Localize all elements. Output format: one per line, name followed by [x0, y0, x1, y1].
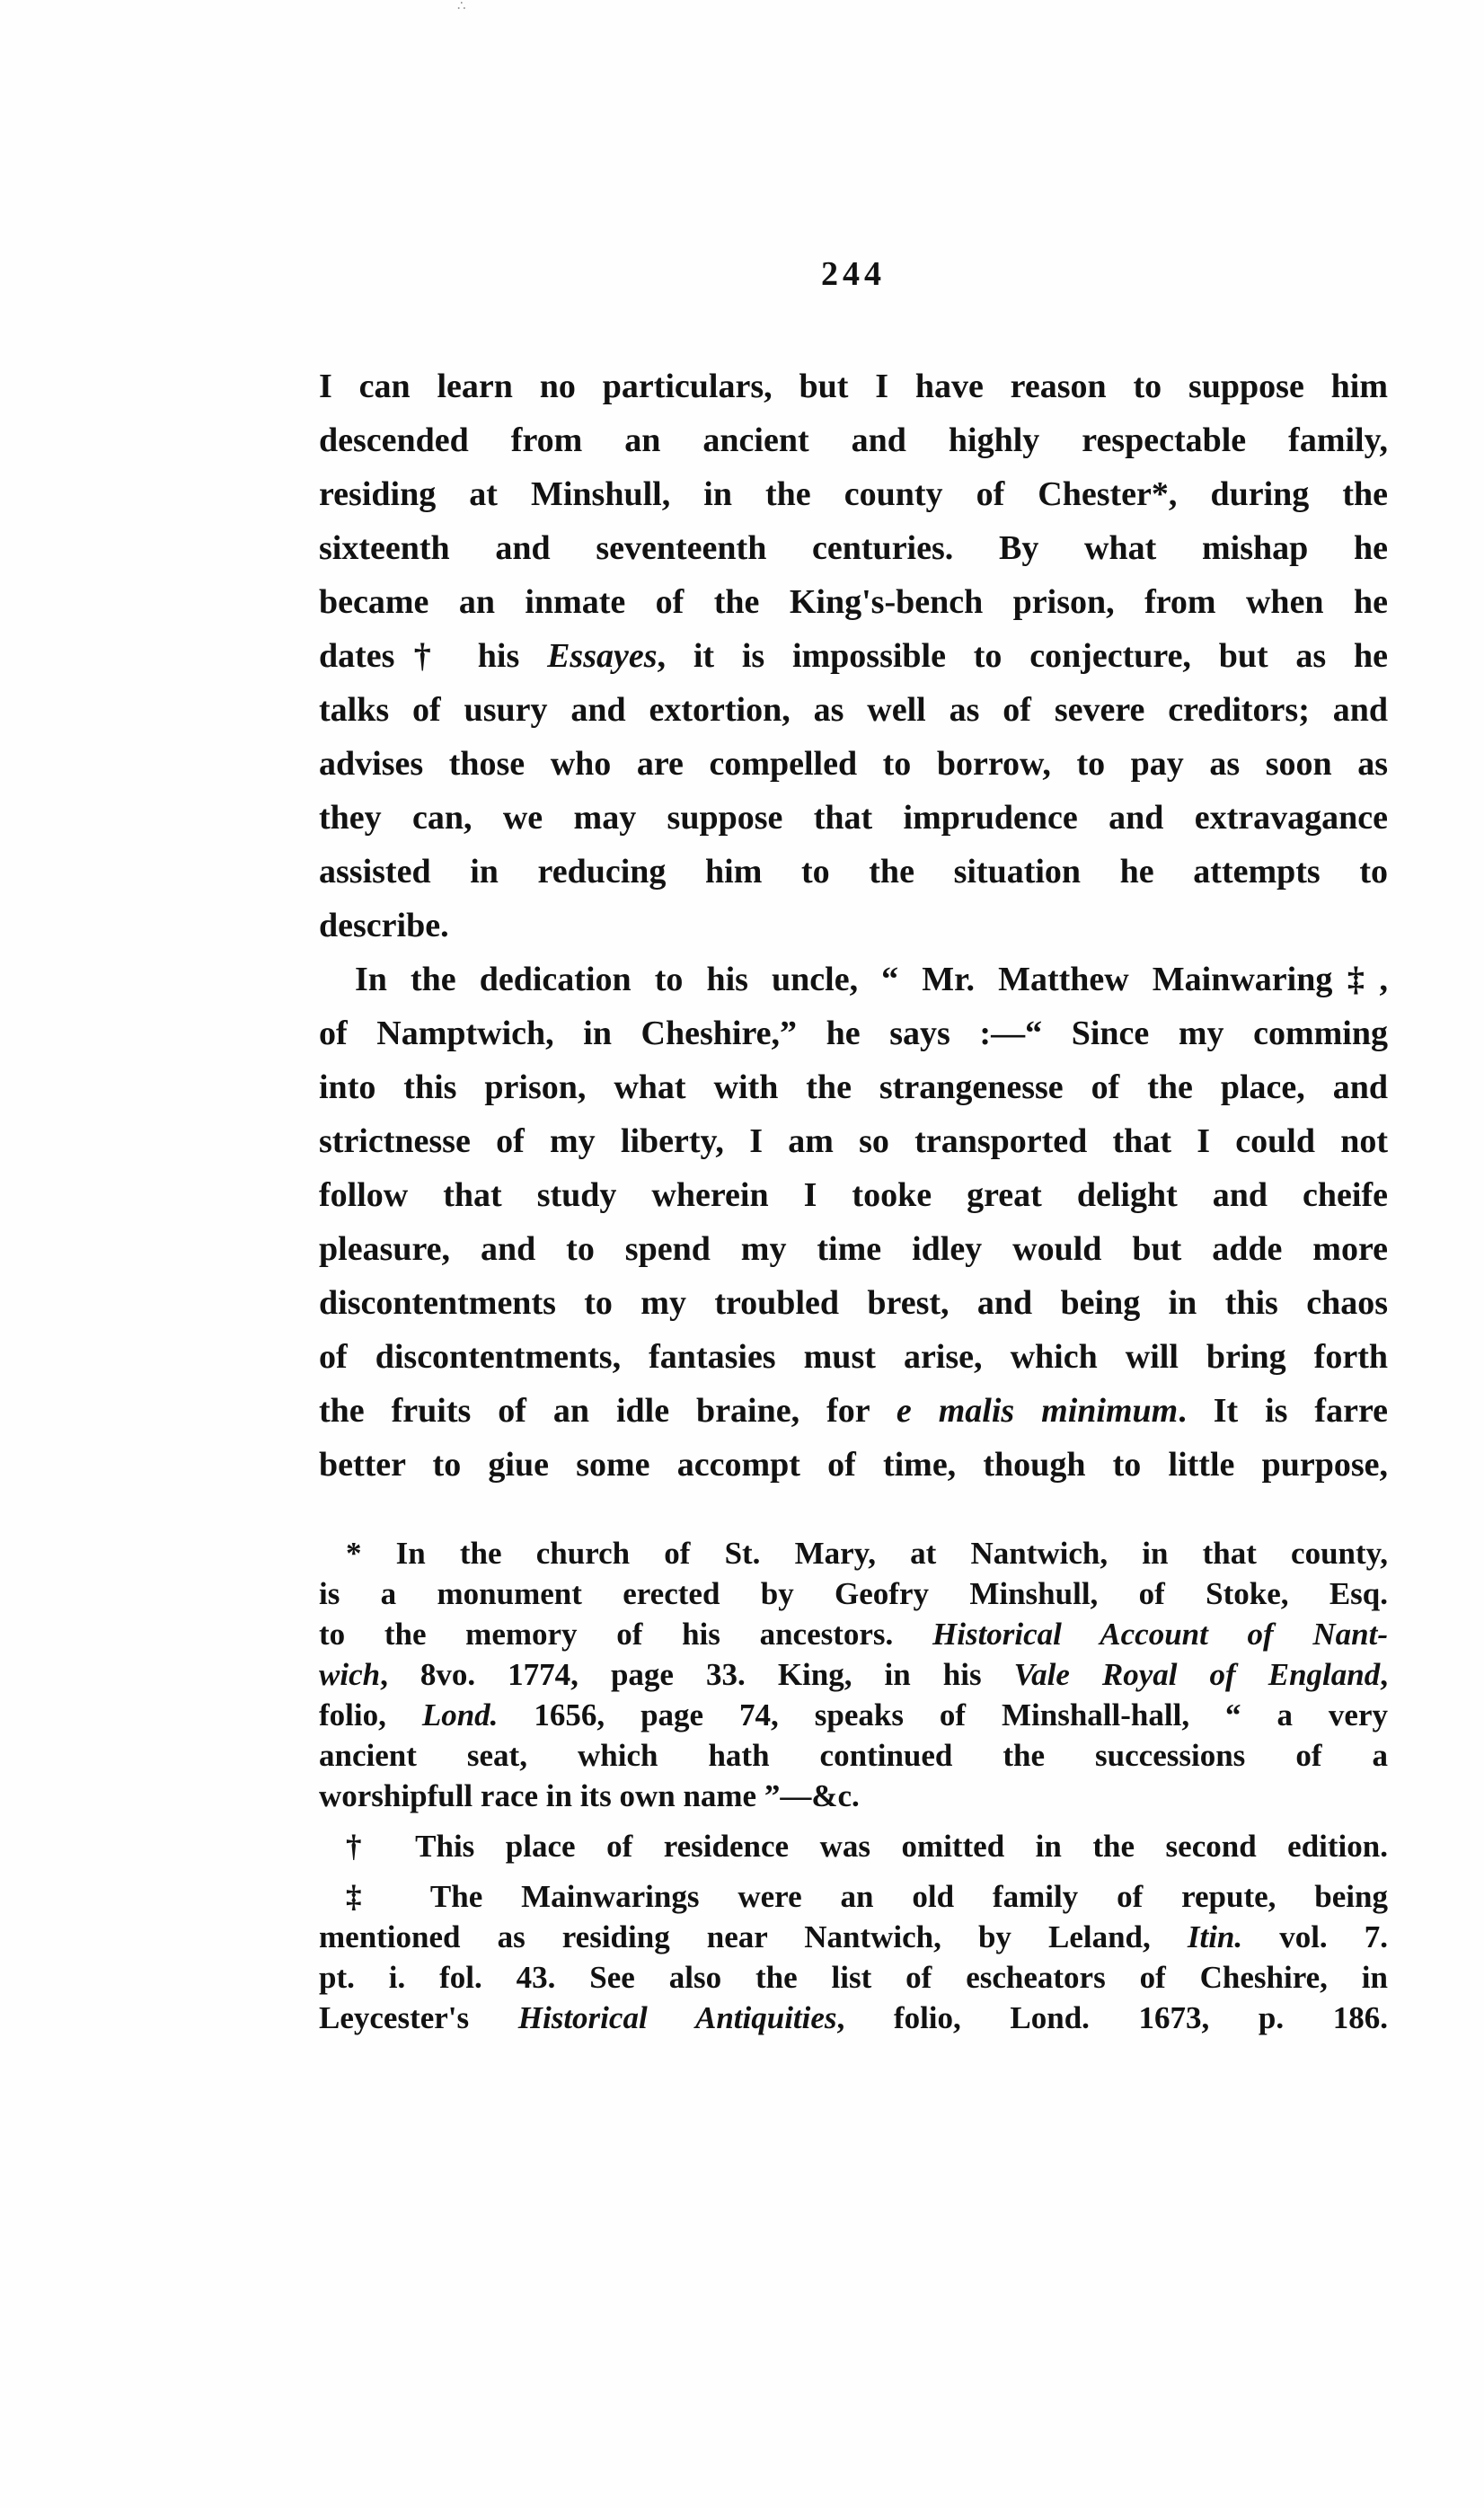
text-line: the fruits of an idle braine, for e mali… — [319, 1384, 1388, 1438]
text-line: wich, 8vo. 1774, page 33. King, in his V… — [319, 1654, 1388, 1695]
text-segment: residing at Minshull, in the county of C… — [319, 475, 1388, 513]
text-line: of discontentments, fantasies must arise… — [319, 1330, 1388, 1384]
text-segment: sixteenth and seventeenth centuries. By … — [319, 529, 1388, 567]
text-segment: , — [1380, 1657, 1388, 1692]
italic-text-segment: Vale Royal of England — [1014, 1657, 1381, 1692]
text-line: pleasure, and to spend my time idley wou… — [319, 1222, 1388, 1276]
text-segment: † This place of residence was omitted in… — [346, 1829, 1388, 1864]
text-line: descended from an ancient and highly res… — [319, 413, 1388, 467]
text-segment: the fruits of an idle braine, for — [319, 1392, 897, 1430]
text-segment: strictnesse of my liberty, I am so trans… — [319, 1122, 1388, 1160]
text-segment: describe. — [319, 907, 449, 944]
text-line: In the dedication to his uncle, “ Mr. Ma… — [319, 953, 1388, 1006]
text-line: advises those who are compelled to borro… — [319, 737, 1388, 791]
text-segment: ‡ The Mainwarings were an old family of … — [346, 1879, 1388, 1914]
text-line: talks of usury and extortion, as well as… — [319, 683, 1388, 737]
page-number: 244 — [319, 254, 1388, 294]
text-line: I can learn no particulars, but I have r… — [319, 359, 1388, 413]
text-segment: I can learn no particulars, but I have r… — [319, 368, 1388, 405]
scan-speck-artifact: ∴ — [457, 0, 466, 13]
footnote-block: * In the church of St. Mary, at Nantwich… — [319, 1533, 1388, 2038]
text-segment: In the dedication to his uncle, “ Mr. Ma… — [355, 961, 1388, 998]
text-segment: of discontentments, fantasies must arise… — [319, 1338, 1388, 1376]
text-line: follow that study wherein I tooke great … — [319, 1168, 1388, 1222]
text-segment: follow that study wherein I tooke great … — [319, 1176, 1388, 1214]
text-line: residing at Minshull, in the county of C… — [319, 467, 1388, 521]
text-segment: into this prison, what with the strangen… — [319, 1068, 1388, 1106]
footnote-dagger: † This place of residence was omitted in… — [319, 1826, 1388, 1866]
text-line: strictnesse of my liberty, I am so trans… — [319, 1114, 1388, 1168]
text-line: ‡ The Mainwarings were an old family of … — [319, 1876, 1388, 1917]
text-line: became an inmate of the King's-bench pri… — [319, 575, 1388, 629]
text-segment: better to giue some accompt of time, tho… — [319, 1446, 1388, 1484]
text-segment: , it is impossible to conjecture, but as… — [658, 637, 1388, 675]
text-line: they can, we may suppose that imprudence… — [319, 791, 1388, 845]
italic-text-segment: Itin. — [1188, 1919, 1242, 1954]
text-line: is a monument erected by Geofry Minshull… — [319, 1573, 1388, 1614]
text-segment: , 8vo. 1774, page 33. King, in his — [380, 1657, 1014, 1692]
text-segment: became an inmate of the King's-bench pri… — [319, 583, 1388, 621]
body-text-block: I can learn no particulars, but I have r… — [319, 359, 1388, 1492]
text-line: mentioned as residing near Nantwich, by … — [319, 1917, 1388, 1957]
text-line: sixteenth and seventeenth centuries. By … — [319, 521, 1388, 575]
text-line: describe. — [319, 899, 1388, 953]
text-segment: they can, we may suppose that imprudence… — [319, 799, 1388, 837]
text-line: pt. i. fol. 43. See also the list of esc… — [319, 1957, 1388, 1998]
text-segment: advises those who are compelled to borro… — [319, 745, 1388, 783]
text-segment: mentioned as residing near Nantwich, by … — [319, 1919, 1188, 1954]
text-line: dates† his Essayes, it is impossible to … — [319, 629, 1388, 683]
text-segment: to the memory of his ancestors. — [319, 1617, 932, 1652]
text-segment: descended from an ancient and highly res… — [319, 421, 1388, 459]
text-segment: pleasure, and to spend my time idley wou… — [319, 1230, 1388, 1268]
italic-text-segment: Historical Antiquities — [518, 2000, 837, 2035]
text-segment: . It is farre — [1178, 1392, 1388, 1430]
footnote-asterisk: * In the church of St. Mary, at Nantwich… — [319, 1533, 1388, 1816]
italic-text-segment: Essayes — [547, 637, 657, 675]
italic-text-segment: e malis minimum — [897, 1392, 1178, 1430]
text-segment: , folio, Lond. 1673, p. 186. — [837, 2000, 1388, 2035]
text-line: to the memory of his ancestors. Historic… — [319, 1614, 1388, 1654]
text-line: worshipfull race in its own name ”—&c. — [319, 1776, 1388, 1816]
italic-text-segment: Lond. — [422, 1697, 499, 1733]
text-line: † This place of residence was omitted in… — [319, 1826, 1388, 1866]
italic-text-segment: wich — [319, 1657, 380, 1692]
text-line: better to giue some accompt of time, tho… — [319, 1438, 1388, 1492]
text-line: ancient seat, which hath continued the s… — [319, 1735, 1388, 1776]
text-line: assisted in reducing him to the situatio… — [319, 845, 1388, 899]
text-line: of Namptwich, in Cheshire,” he says :—“ … — [319, 1006, 1388, 1060]
paragraph-1: I can learn no particulars, but I have r… — [319, 359, 1388, 953]
text-segment: of Namptwich, in Cheshire,” he says :—“ … — [319, 1015, 1388, 1052]
text-segment: Leycester's — [319, 2000, 518, 2035]
text-segment: ancient seat, which hath continued the s… — [319, 1738, 1388, 1773]
text-segment: pt. i. fol. 43. See also the list of esc… — [319, 1960, 1388, 1995]
text-segment: * In the church of St. Mary, at Nantwich… — [346, 1536, 1388, 1571]
italic-text-segment: Historical Account of Nant- — [932, 1617, 1388, 1652]
text-line: folio, Lond. 1656, page 74, speaks of Mi… — [319, 1695, 1388, 1735]
paragraph-2: In the dedication to his uncle, “ Mr. Ma… — [319, 953, 1388, 1492]
text-segment: folio, — [319, 1697, 422, 1733]
text-segment: discontentments to my troubled brest, an… — [319, 1284, 1388, 1322]
text-line: * In the church of St. Mary, at Nantwich… — [319, 1533, 1388, 1573]
text-segment: vol. 7. — [1242, 1919, 1388, 1954]
text-segment: assisted in reducing him to the situatio… — [319, 853, 1388, 891]
footnote-double-dagger: ‡ The Mainwarings were an old family of … — [319, 1876, 1388, 2038]
text-line: into this prison, what with the strangen… — [319, 1060, 1388, 1114]
text-segment: 1656, page 74, speaks of Minshall-hall, … — [498, 1697, 1388, 1733]
text-segment: worshipfull race in its own name ”—&c. — [319, 1778, 860, 1813]
text-line: Leycester's Historical Antiquities, foli… — [319, 1998, 1388, 2038]
text-segment: is a monument erected by Geofry Minshull… — [319, 1576, 1388, 1611]
text-segment: dates† his — [319, 637, 547, 675]
scanned-book-page: ∴ 244 I can learn no particulars, but I … — [0, 0, 1484, 2508]
text-line: discontentments to my troubled brest, an… — [319, 1276, 1388, 1330]
text-segment: talks of usury and extortion, as well as… — [319, 691, 1388, 729]
